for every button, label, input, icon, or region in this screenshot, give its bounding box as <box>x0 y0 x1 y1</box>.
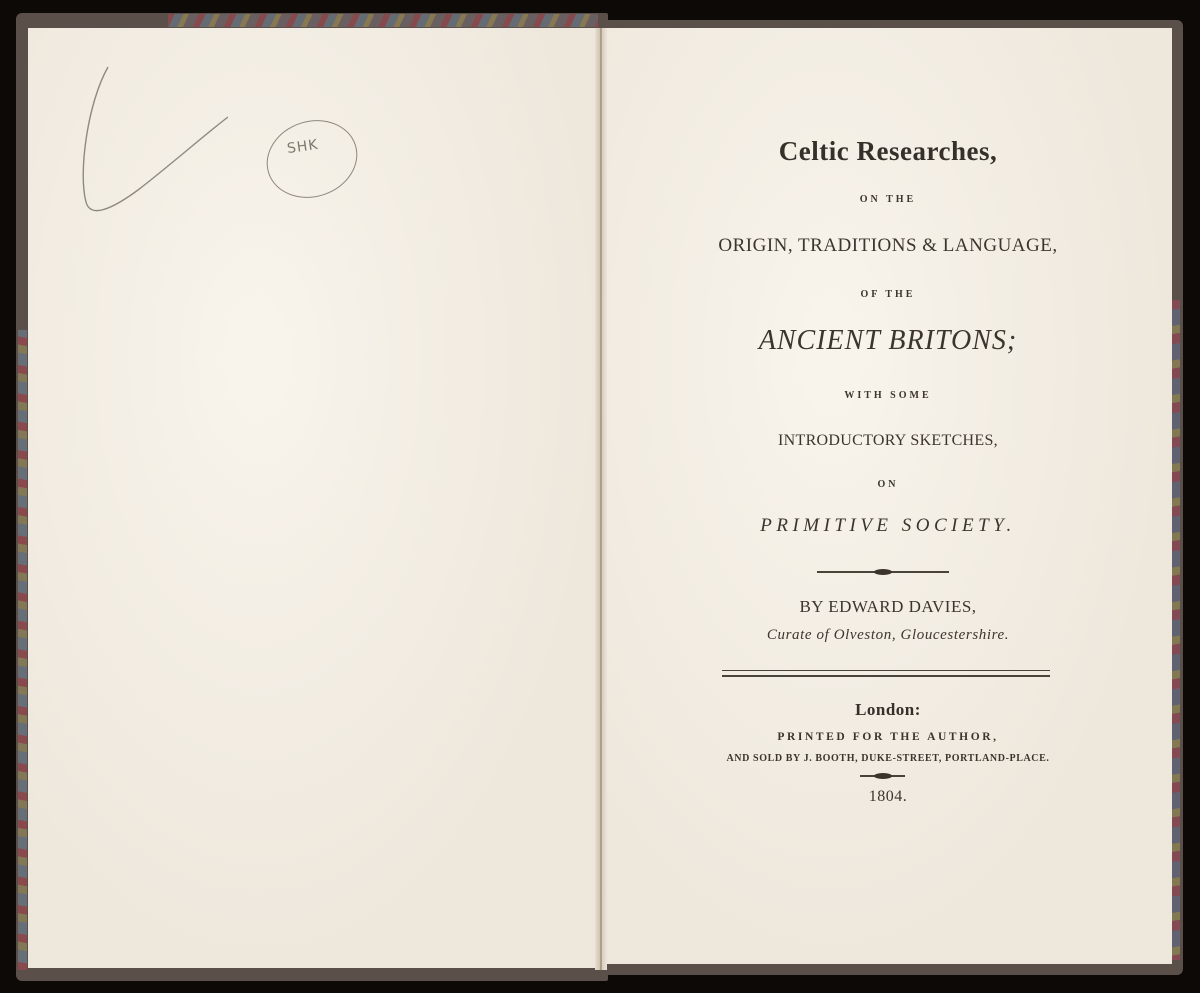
title-page-subtitle-sketches: INTRODUCTORY SKETCHES, <box>604 432 1172 450</box>
pencil-loop-mark <box>78 62 228 217</box>
ornamental-rule-1 <box>817 571 949 573</box>
book-gutter <box>595 28 607 970</box>
title-page-title: Celtic Researches, <box>604 136 1172 167</box>
title-page-place: London: <box>604 700 1172 720</box>
title-page-of-the: OF THE <box>604 289 1172 300</box>
double-rule-lower <box>722 675 1050 677</box>
title-page-imprint-2: AND SOLD BY J. BOOTH, DUKE-STREET, PORTL… <box>604 753 1172 764</box>
title-page-subtitle-origin: ORIGIN, TRADITIONS & LANGUAGE, <box>604 235 1172 257</box>
title-page-year: 1804. <box>604 788 1172 806</box>
marbled-edge-top <box>168 14 598 27</box>
title-page-author-role: Curate of Olveston, Gloucestershire. <box>604 627 1172 644</box>
title-page-imprint-1: PRINTED FOR THE AUTHOR, <box>604 731 1172 743</box>
ornamental-rule-2 <box>860 775 905 777</box>
title-page-author: BY EDWARD DAVIES, <box>604 597 1172 617</box>
marbled-edge-left <box>18 330 27 970</box>
right-page <box>604 28 1172 964</box>
title-page-on: ON <box>604 479 1172 490</box>
title-page-on-the: ON THE <box>604 194 1172 205</box>
title-page-with-some: WITH SOME <box>604 390 1172 401</box>
title-page-subtitle-society: PRIMITIVE SOCIETY. <box>604 515 1172 537</box>
double-rule <box>722 670 1050 671</box>
title-page-subtitle-britons: ANCIENT BRITONS; <box>604 325 1172 357</box>
